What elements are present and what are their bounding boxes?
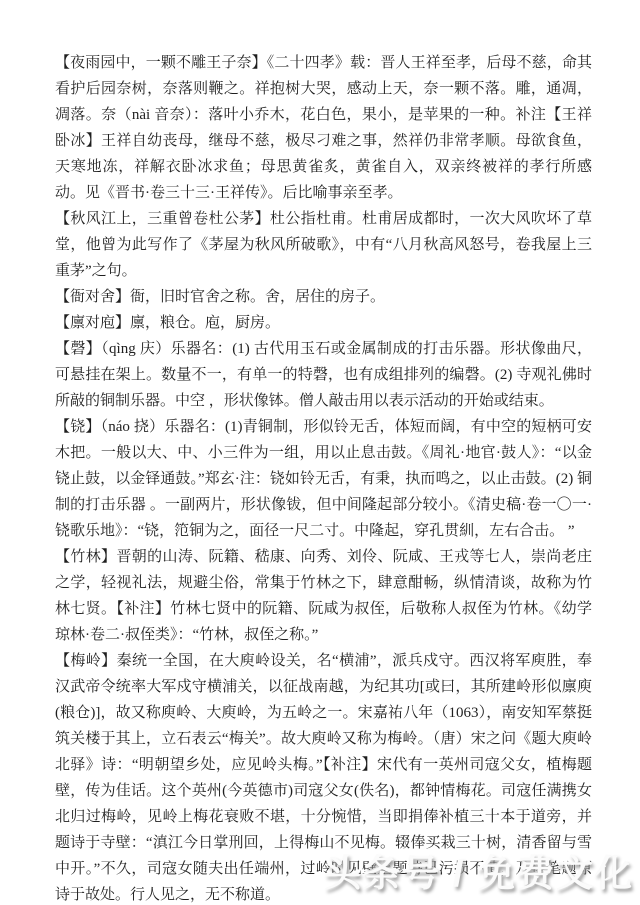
entry-lin-dui-pao: 【廪对庖】廪，粮仓。庖，厨房。 [55, 310, 592, 336]
toutiao-watermark: 头条号 / 免费文化 [324, 843, 634, 897]
entry-qiufeng-jiangshang: 【秋风江上，三重曾卷杜公茅】杜公指杜甫。杜甫居成都时，一次大风吹坏了草堂，他曾为… [55, 206, 592, 284]
entry-nao: 【铙】（náo 挠）乐器名：(1)青铜制，形似铃无舌，体短而阔，有中空的短柄可安… [55, 414, 592, 544]
entry-ya-dui-she: 【衙对舍】衙，旧时官舍之称。舍，居住的房子。 [55, 284, 592, 310]
entry-qing: 【磬】（qìng 庆）乐器名：(1) 古代用玉石或金属制成的打击乐器。形状像曲尺… [55, 336, 592, 414]
entry-zhulin: 【竹林】晋朝的山涛、阮籍、嵇康、向秀、刘伶、阮咸、王戎等七人，崇尚老庄之学，轻视… [55, 544, 592, 648]
dictionary-entries-block: 【夜雨园中，一颗不雕王子奈】《二十四孝》载：晋人王祥至孝，后母不慈，命其看护后园… [55, 50, 592, 905]
entry-yeyu-yuanzhong: 【夜雨园中，一颗不雕王子奈】《二十四孝》载：晋人王祥至孝，后母不慈，命其看护后园… [55, 50, 592, 206]
document-page: 【夜雨园中，一颗不雕王子奈】《二十四孝》载：晋人王祥至孝，后母不慈，命其看护后园… [0, 0, 640, 905]
